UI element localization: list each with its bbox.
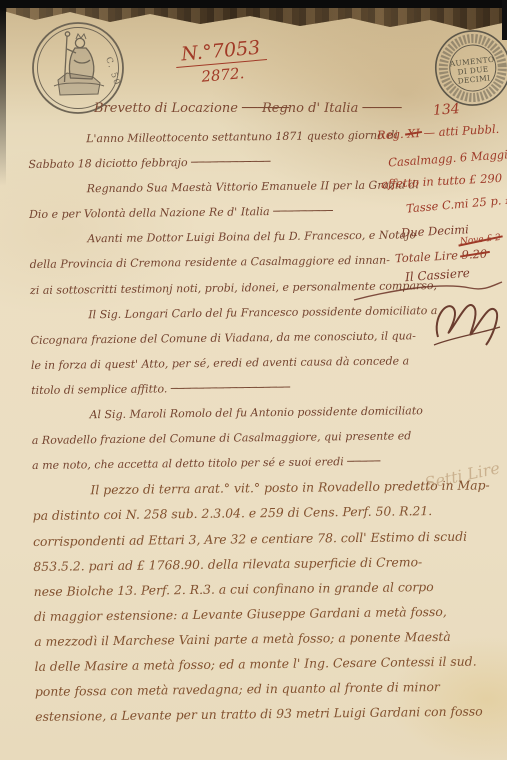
scan-edge-top <box>0 0 507 8</box>
folio-number: 134 <box>432 101 460 119</box>
wreath-stamp-icon: AUMENTO DI DUE DECIMI <box>429 24 507 112</box>
aumento-stamp-line3: DECIMI <box>457 73 491 85</box>
document-title: Brevetto di Locazione ────── <box>94 101 289 116</box>
realm-title: Regno d' Italia ───── <box>262 101 402 116</box>
notary-paraph-flourish <box>430 293 504 355</box>
scan-edge-left <box>0 6 6 186</box>
registry-prefix: Reg. <box>377 127 404 142</box>
protocol-number: N.°7053 2872. <box>174 36 269 88</box>
stamp-value-label: C. 50 <box>103 56 122 88</box>
total-crossed-value: 9.20 <box>461 247 487 262</box>
registry-crossed-roman: XI <box>407 126 420 141</box>
scanned-document-page: C. 50 AUMENTO DI DUE DECIMI N.°7053 2872… <box>0 0 507 760</box>
